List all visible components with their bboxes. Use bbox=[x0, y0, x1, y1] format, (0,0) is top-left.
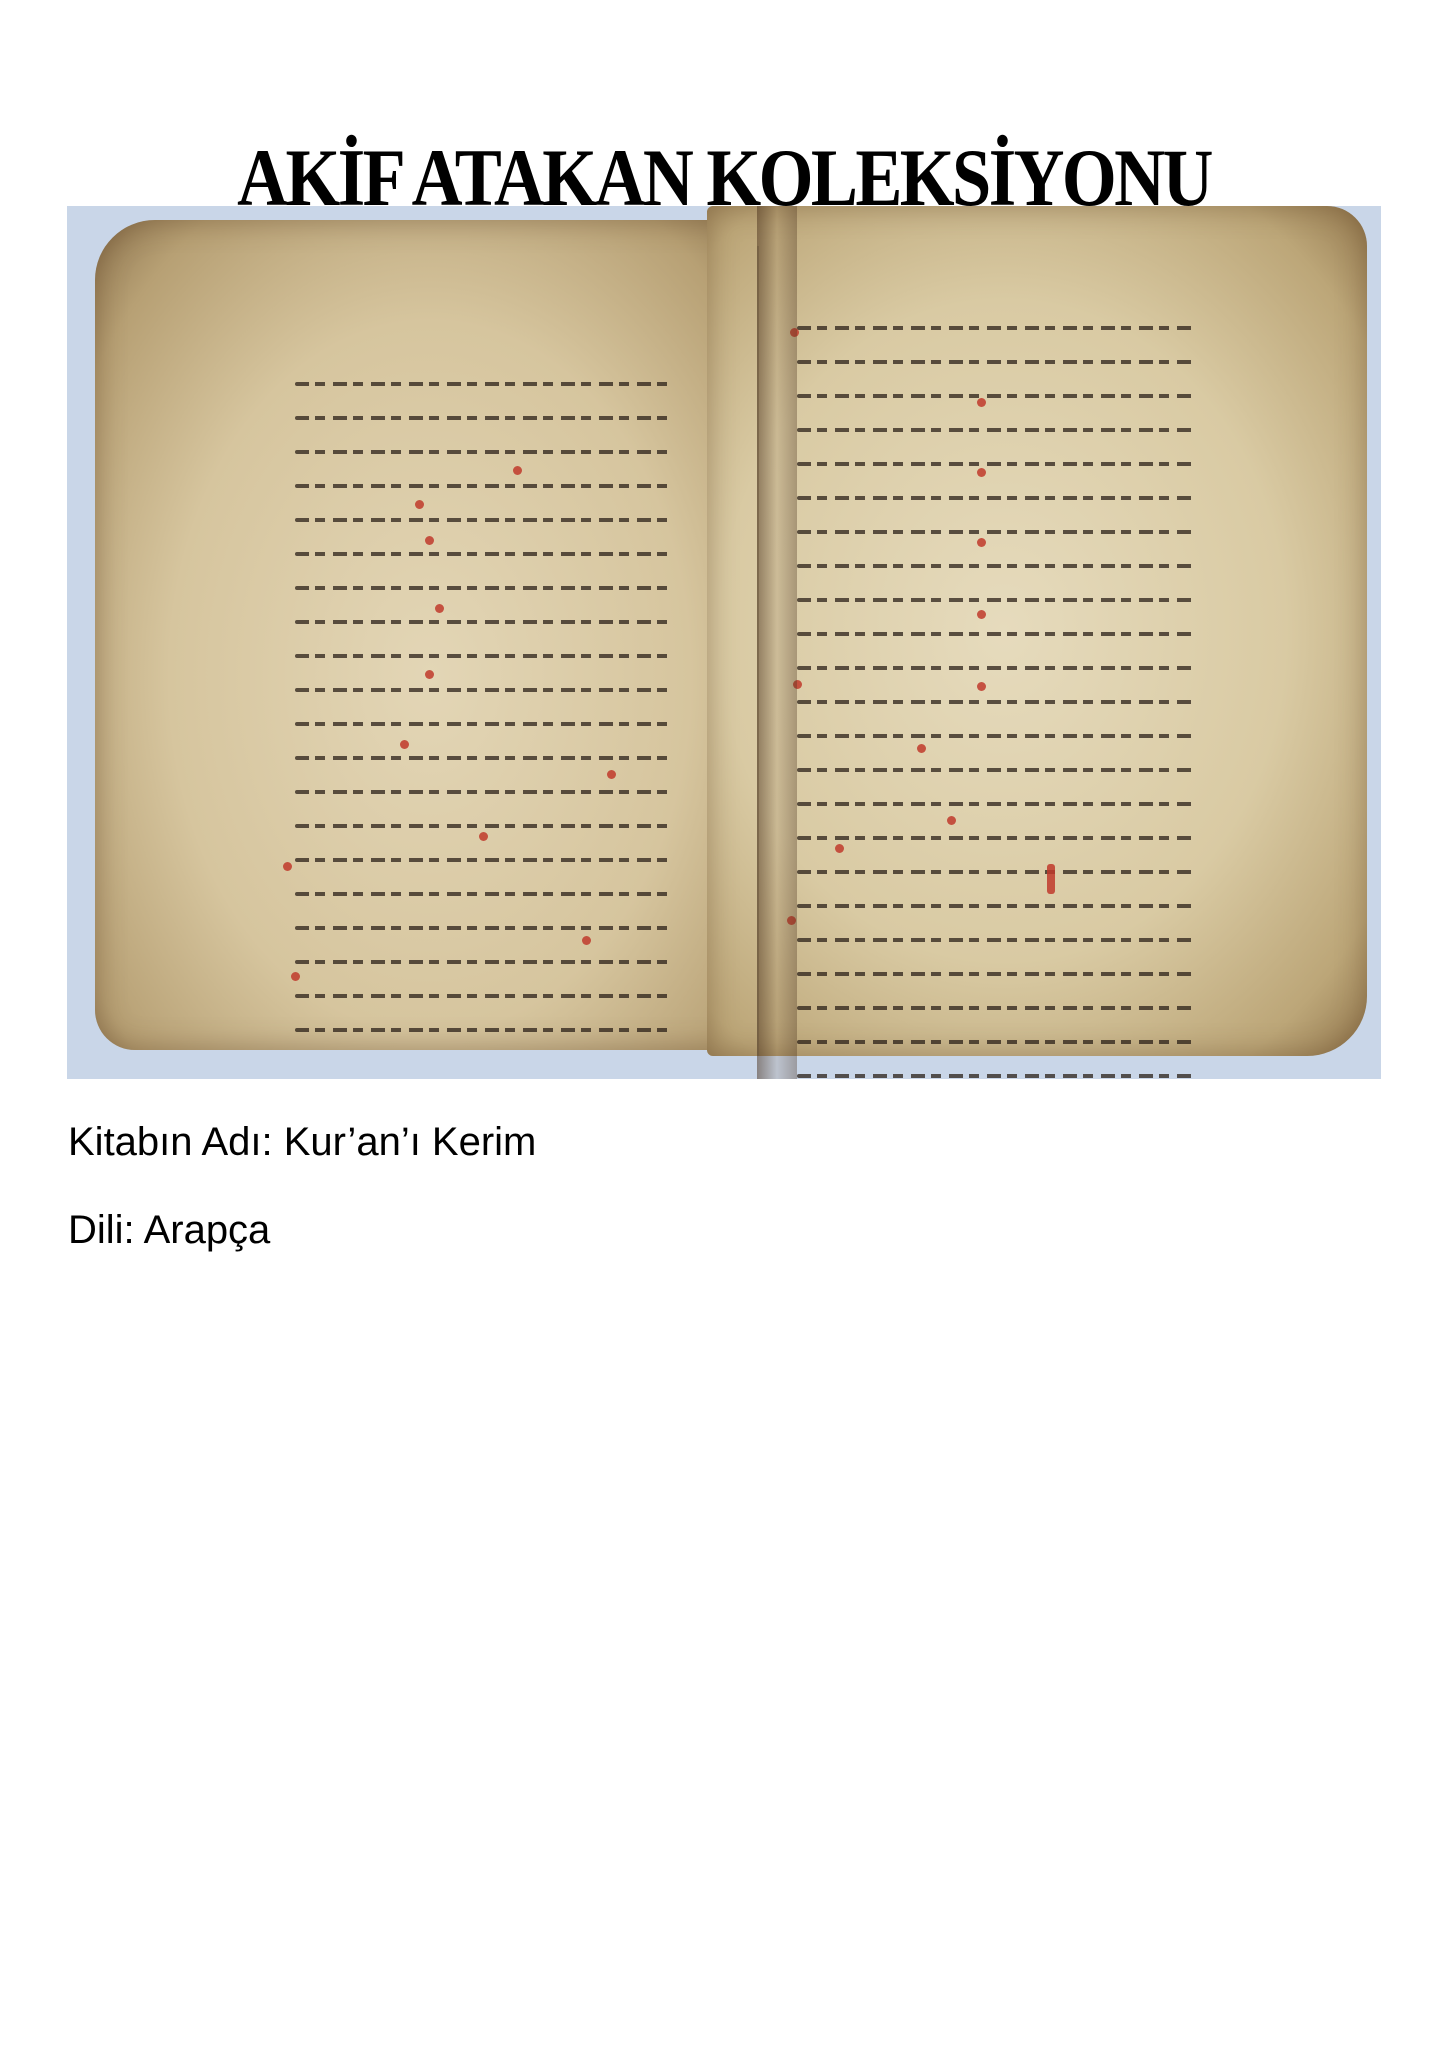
manuscript-photo bbox=[67, 206, 1381, 1079]
book-spine-gutter bbox=[757, 206, 797, 1079]
book-name-label: Kitabın Adı: Kur’an’ı Kerim bbox=[68, 1118, 536, 1166]
margin-rule bbox=[757, 246, 759, 1056]
right-page-text bbox=[797, 326, 1197, 1079]
left-page-text bbox=[295, 382, 675, 1062]
manuscript-right-page bbox=[707, 206, 1367, 1056]
language-label: Dili: Arapça bbox=[68, 1206, 270, 1254]
manuscript-left-page bbox=[95, 220, 765, 1050]
